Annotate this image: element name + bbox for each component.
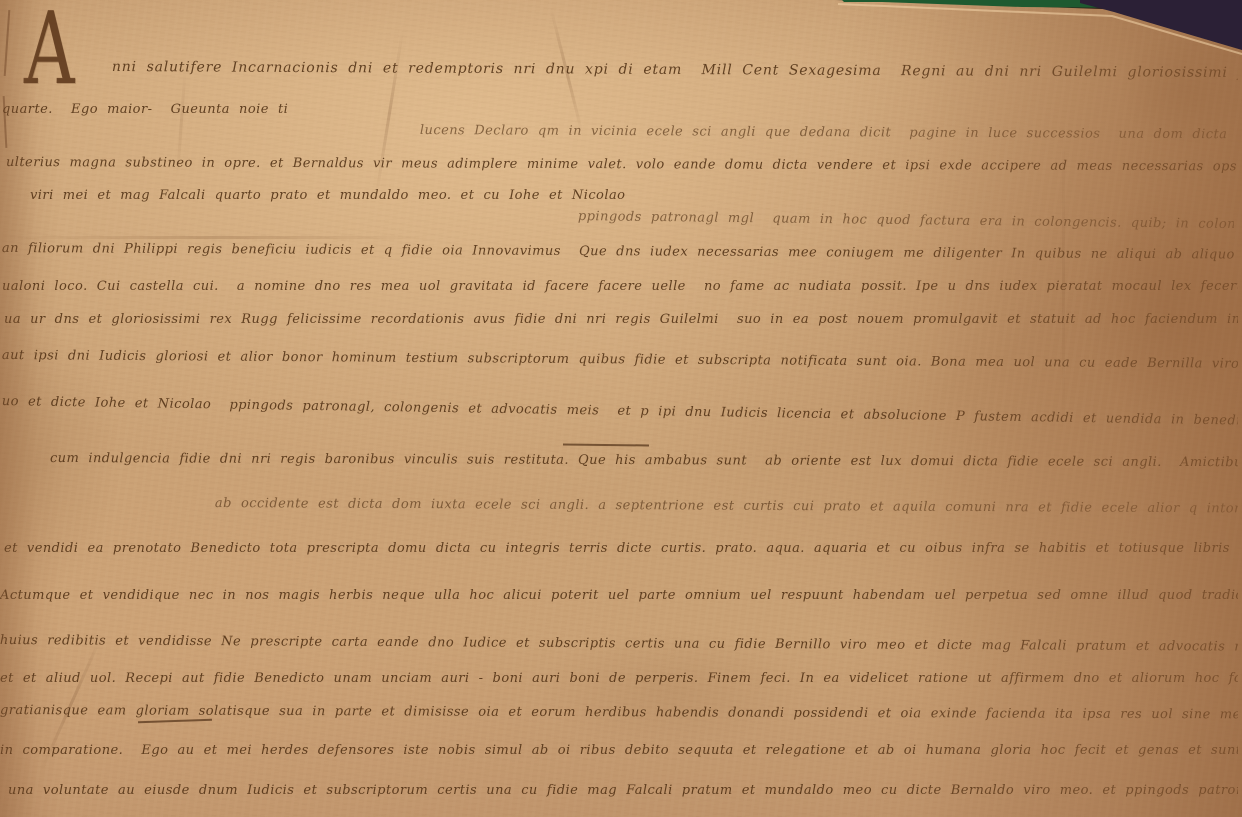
manuscript-line: an filiorum dni Philippi regis beneficiu… <box>2 239 1238 267</box>
decorated-initial-a: A <box>22 0 103 146</box>
manuscript-line: aut ipsi dni Iudicis gloriosi et alior b… <box>2 346 1238 377</box>
manuscript-line: lucens Declaro qm in vicinia ecele sci a… <box>420 121 1238 147</box>
table-green-strip <box>842 0 1134 8</box>
manuscript-line: nni salutifere Incarnacionis dni et rede… <box>112 57 1238 85</box>
table-shadow-line <box>836 0 1242 22</box>
manuscript-line: gratianisque eam gloriam solatisque sua … <box>0 701 1238 727</box>
manuscript-line: huius redibitis et vendidisse Ne prescri… <box>0 631 1238 659</box>
manuscript-line: in comparatione. Ego au et mei herdes de… <box>0 741 1238 763</box>
table-dark-corner <box>1080 0 1242 50</box>
manuscript-photo: A nni salutifere Incarnacionis dni et re… <box>0 0 1242 817</box>
manuscript-line: Actumque et vendidique nec in nos magis … <box>0 586 1238 608</box>
underline-mark <box>563 444 649 447</box>
manuscript-line: una voluntate au eiusde dnum Iudicis et … <box>8 781 1238 803</box>
manuscript-line: quarte. Ego maior- Gueunta noie ti <box>2 100 336 122</box>
manuscript-line: ualoni loco. Cui castella cui. a nomine … <box>2 277 1238 299</box>
manuscript-line: et et aliud uol. Recepi aut fidie Benedi… <box>0 669 1238 691</box>
manuscript-line: ab occidente est dicta dom iuxta ecele s… <box>215 494 1238 521</box>
manuscript-line: ulterius magna substineo in opre. et Ber… <box>6 153 1238 179</box>
parchment-edge-highlight <box>838 4 1242 54</box>
manuscript-line: ua ur dns et gloriosissimi rex Rugg feli… <box>4 310 1238 332</box>
manuscript-line-interlinear: ppingods patronagl mgl quam in hoc quod … <box>578 207 1234 237</box>
table-background-corner <box>822 0 1242 64</box>
margin-flourish <box>4 10 11 76</box>
manuscript-line: et vendidi ea prenotato Benedicto tota p… <box>4 539 1238 561</box>
manuscript-line: cum indulgencia fidie dni nri regis baro… <box>50 449 1238 475</box>
manuscript-line: viri mei et mag Falcali quarto prato et … <box>30 186 706 208</box>
manuscript-line: uo et dicte Iohe et Nicolao ppingods pat… <box>2 392 1238 433</box>
